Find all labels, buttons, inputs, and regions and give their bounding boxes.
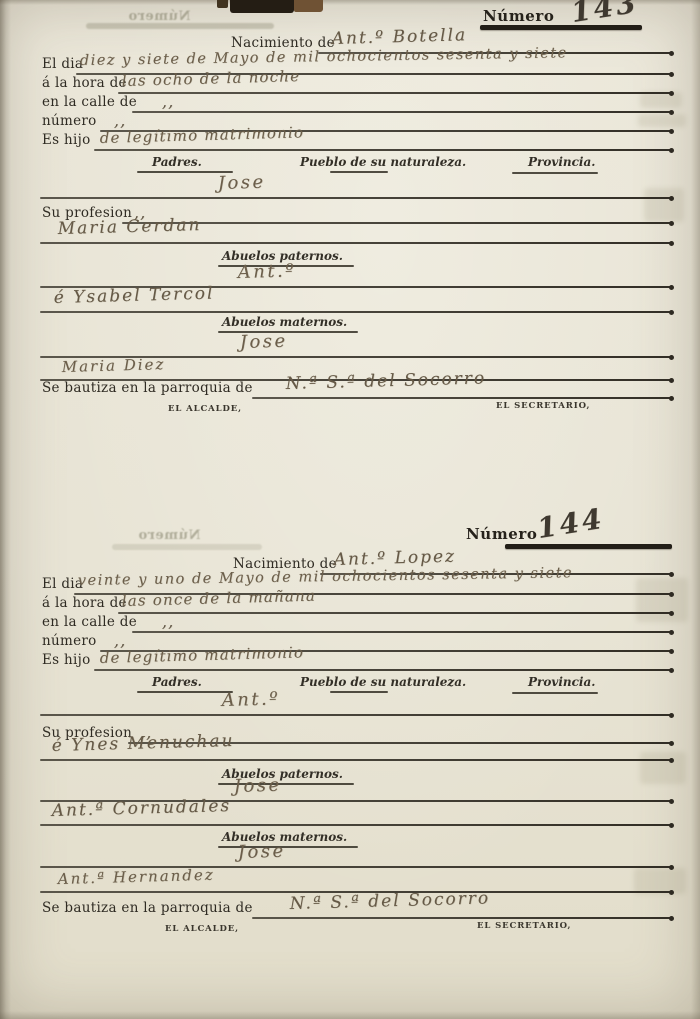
hora-label: á la hora de [42,75,127,91]
bautiza-label: Se bautiza en la parroquia de [42,900,253,916]
provincia-header: Provincia. [528,155,595,169]
numero-field-value-handwritten: ,, [113,631,126,650]
provincia-underline [512,172,598,174]
pueblo-underline [330,171,388,173]
abuela-paterna-handwritten: é Ysabel Tercol [53,284,214,308]
abuelo-paterno-handwritten: Ant.º [237,260,296,283]
paper-page: Número Número Número 143 Nacimiento de A… [0,0,700,1019]
abuela-paterna-line [40,311,672,313]
provincia-header: Provincia. [528,675,595,689]
calle-line [132,111,672,113]
bautiza-label: Se bautiza en la parroquia de [42,380,253,396]
el-dia-value-handwritten: diez y siete de Mayo de mil ochocientos … [80,45,568,69]
secretario-label: EL SECRETARIO, [477,921,571,931]
numero-label: Número [483,7,555,25]
padre-line [40,197,672,199]
padres-header: Padres. [152,155,202,169]
el-dia-label: El dia [42,56,83,72]
child-name-handwritten: Ant.º Botella [331,25,467,49]
calle-label: en la calle de [42,614,137,630]
abuela-materna-handwritten: Ant.ª Hernandez [57,866,214,888]
pueblo-header: Pueblo de su naturaleza. [300,675,466,689]
calle-label: en la calle de [42,94,137,110]
numero-value-handwritten: 144 [535,502,607,545]
parroquia-value-handwritten: N.ª S.ª del Socorro [285,368,486,394]
padres-underline [137,691,233,693]
hora-value-handwritten: las once de la mañana [121,587,316,610]
birth-record-2: Número 144 Nacimiento de Ant.º Lopez El … [0,518,700,948]
numero-underline-bar [480,25,642,30]
numero-field-label: número [42,633,97,649]
parroquia-value-handwritten: N.ª S.ª del Socorro [289,888,490,914]
numero-underline-bar [505,544,672,549]
hora-line [118,612,672,614]
numero-field-label: número [42,113,97,129]
madre-line [40,242,672,244]
hora-value-handwritten: las ocho de la noche [121,67,300,90]
provincia-underline [512,692,598,694]
madre-name-handwritten: é Ynes Menuchau [51,731,234,756]
padres-header: Padres. [152,675,202,689]
secretario-label: EL SECRETARIO, [496,401,590,411]
es-hijo-label: Es hijo [42,132,91,148]
abuelos-maternos-header: Abuelos maternos. [222,315,347,329]
padre-line [40,714,672,716]
alcalde-label: EL ALCALDE, [165,924,239,934]
bautiza-line [252,917,672,919]
es-hijo-label: Es hijo [42,652,91,668]
alcalde-label: EL ALCALDE, [168,404,242,414]
pueblo-underline [330,691,388,693]
calle-value-handwritten: ,, [161,612,174,631]
es-hijo-line [94,149,672,151]
es-hijo-line [94,669,672,671]
padre-name-handwritten: Jose [217,172,266,194]
es-hijo-value-handwritten: de legítimo matrimonio [99,123,304,147]
calle-value-handwritten: ,, [161,92,174,111]
abuelo-materno-handwritten: Jose [237,841,286,863]
abuela-materna-handwritten: Maria Diez [61,355,165,376]
madre-line [40,759,672,761]
padre-name-handwritten: Ant.º [221,688,280,711]
calle-line [132,631,672,633]
numero-field-value-handwritten: ,, [113,111,126,130]
pueblo-header: Pueblo de su naturaleza. [300,155,466,169]
profesion-line [122,222,672,224]
birth-record-1: Número 143 Nacimiento de Ant.º Botella E… [0,0,700,430]
abuelo-paterno-handwritten: Jose [233,775,282,797]
page-edge-bottom [0,1011,700,1019]
numero-label: Número [466,525,538,543]
abuela-paterna-handwritten: Ant.ª Cornudales [51,796,231,821]
madre-name-handwritten: Maria Cerdan [57,215,201,239]
abuelo-materno-handwritten: Jose [239,331,288,353]
hora-line [118,92,672,94]
abuela-paterna-line [40,824,672,826]
el-dia-value-handwritten: veinte y uno de Mayo de mil ochocientos … [78,565,573,589]
es-hijo-value-handwritten: de legítimo matrimonio [99,643,304,667]
bautiza-line [252,397,672,399]
hora-label: á la hora de [42,595,127,611]
